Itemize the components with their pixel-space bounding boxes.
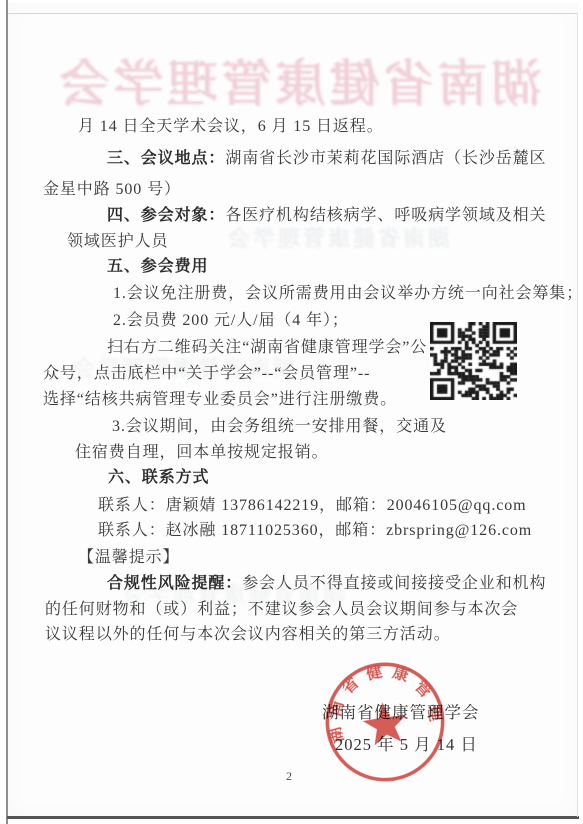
doc-line-text-segment: 扫右方二维码关注“湖南省健康管理学会”公 — [107, 339, 427, 356]
doc-line-text-segment: 1.会议免注册费，会议所需费用由会议举办方统一向社会筹集； — [113, 285, 583, 302]
doc-line: 六、联系方式 — [108, 464, 209, 487]
scan-edge-bottom — [7, 816, 579, 819]
doc-line-text-segment: 金星中路 500 号） — [43, 181, 181, 198]
doc-line: 四、参会对象：各医疗机构结核病学、呼吸病学领域及相关 — [107, 202, 546, 225]
doc-line-heading-segment: 四、参会对象： — [107, 207, 225, 224]
doc-line: 联系人：唐颖婧 13786142219，邮箱：20046105@qq.com — [98, 492, 526, 515]
signature-date: 2025 年 5 月 14 日 — [335, 731, 478, 755]
doc-line-heading-segment: 六、联系方式 — [108, 469, 209, 486]
qr-code — [430, 322, 517, 400]
scan-edge-left — [6, 0, 8, 824]
doc-line: 月 14 日全天学术会议，6 月 15 日返程。 — [78, 113, 384, 136]
doc-line-text-segment: 选择“结核共病管理专业委员会”进行注册缴费。 — [43, 391, 397, 408]
doc-line: 五、参会费用 — [107, 253, 208, 276]
doc-line: 选择“结核共病管理专业委员会”进行注册缴费。 — [43, 386, 397, 409]
doc-line-text-segment: 各医疗机构结核病学、呼吸病学领域及相关 — [225, 207, 546, 224]
page-number: 2 — [286, 769, 292, 784]
doc-line-text-segment: 2.会员费 200 元/人/届（4 年）； — [113, 312, 349, 329]
scan-edge-top — [8, 13, 578, 14]
doc-line-text-segment: 住宿费自理，回本单按规定报销。 — [75, 444, 329, 461]
doc-line-text-segment: 的任何财物和（或）利益；不建议参会人员会议期间参与本次会 — [45, 601, 518, 618]
doc-line: 3.会议期间，由会务组统一安排用餐，交通及 — [112, 413, 447, 436]
doc-line: 联系人：赵冰融 18711025360，邮箱：zbrspring@126.com — [98, 517, 532, 540]
doc-line-text-segment: 联系人：唐颖婧 13786142219，邮箱：20046105@qq.com — [98, 497, 526, 514]
signature-organization: 湖南省健康管理学会 — [322, 699, 480, 723]
doc-line-text-segment: 议议程以外的任何与本次会议内容相关的第三方活动。 — [45, 626, 451, 643]
doc-line: 金星中路 500 号） — [43, 176, 181, 199]
doc-line: 众号，点击底栏中“关于学会”--“会员管理”-- — [43, 360, 370, 383]
doc-line-text-segment: 湖南省长沙市茉莉花国际酒店（长沙岳麓区 — [225, 150, 546, 167]
doc-line: 合规性风险提醒：参会人员不得直接或间接接受企业和机构 — [107, 570, 546, 593]
doc-line-heading-segment: 合规性风险提醒： — [107, 575, 242, 592]
doc-line: 【温馨提示】 — [78, 544, 179, 567]
doc-line: 扫右方二维码关注“湖南省健康管理学会”公 — [107, 334, 427, 357]
doc-line-text-segment: 3.会议期间，由会务组统一安排用餐，交通及 — [112, 418, 447, 435]
doc-line-text-segment: 月 14 日全天学术会议，6 月 15 日返程。 — [78, 118, 384, 135]
doc-line-heading-segment: 五、参会费用 — [107, 258, 208, 275]
doc-line-text-segment: 联系人：赵冰融 18711025360，邮箱：zbrspring@126.com — [98, 522, 532, 539]
doc-line: 三、会议地点：湖南省长沙市茉莉花国际酒店（长沙岳麓区 — [107, 145, 546, 168]
doc-line: 议议程以外的任何与本次会议内容相关的第三方活动。 — [45, 621, 451, 644]
doc-line: 2.会员费 200 元/人/届（4 年）； — [113, 307, 349, 330]
doc-line: 的任何财物和（或）利益；不建议参会人员会议期间参与本次会 — [45, 596, 518, 619]
doc-line: 领域医护人员 — [67, 228, 168, 251]
doc-line-text-segment: 参会人员不得直接或间接接受企业和机构 — [242, 575, 546, 592]
doc-line-text-segment: 【温馨提示】 — [78, 549, 179, 566]
doc-line-heading-segment: 三、会议地点： — [107, 150, 225, 167]
doc-line-text-segment: 众号，点击底栏中“关于学会”--“会员管理”-- — [43, 365, 370, 382]
doc-line-text-segment: 领域医护人员 — [67, 233, 168, 250]
scan-edge-right — [577, 13, 578, 817]
doc-line: 住宿费自理，回本单按规定报销。 — [75, 439, 329, 462]
doc-line: 1.会议免注册费，会议所需费用由会议举办方统一向社会筹集； — [113, 280, 583, 303]
